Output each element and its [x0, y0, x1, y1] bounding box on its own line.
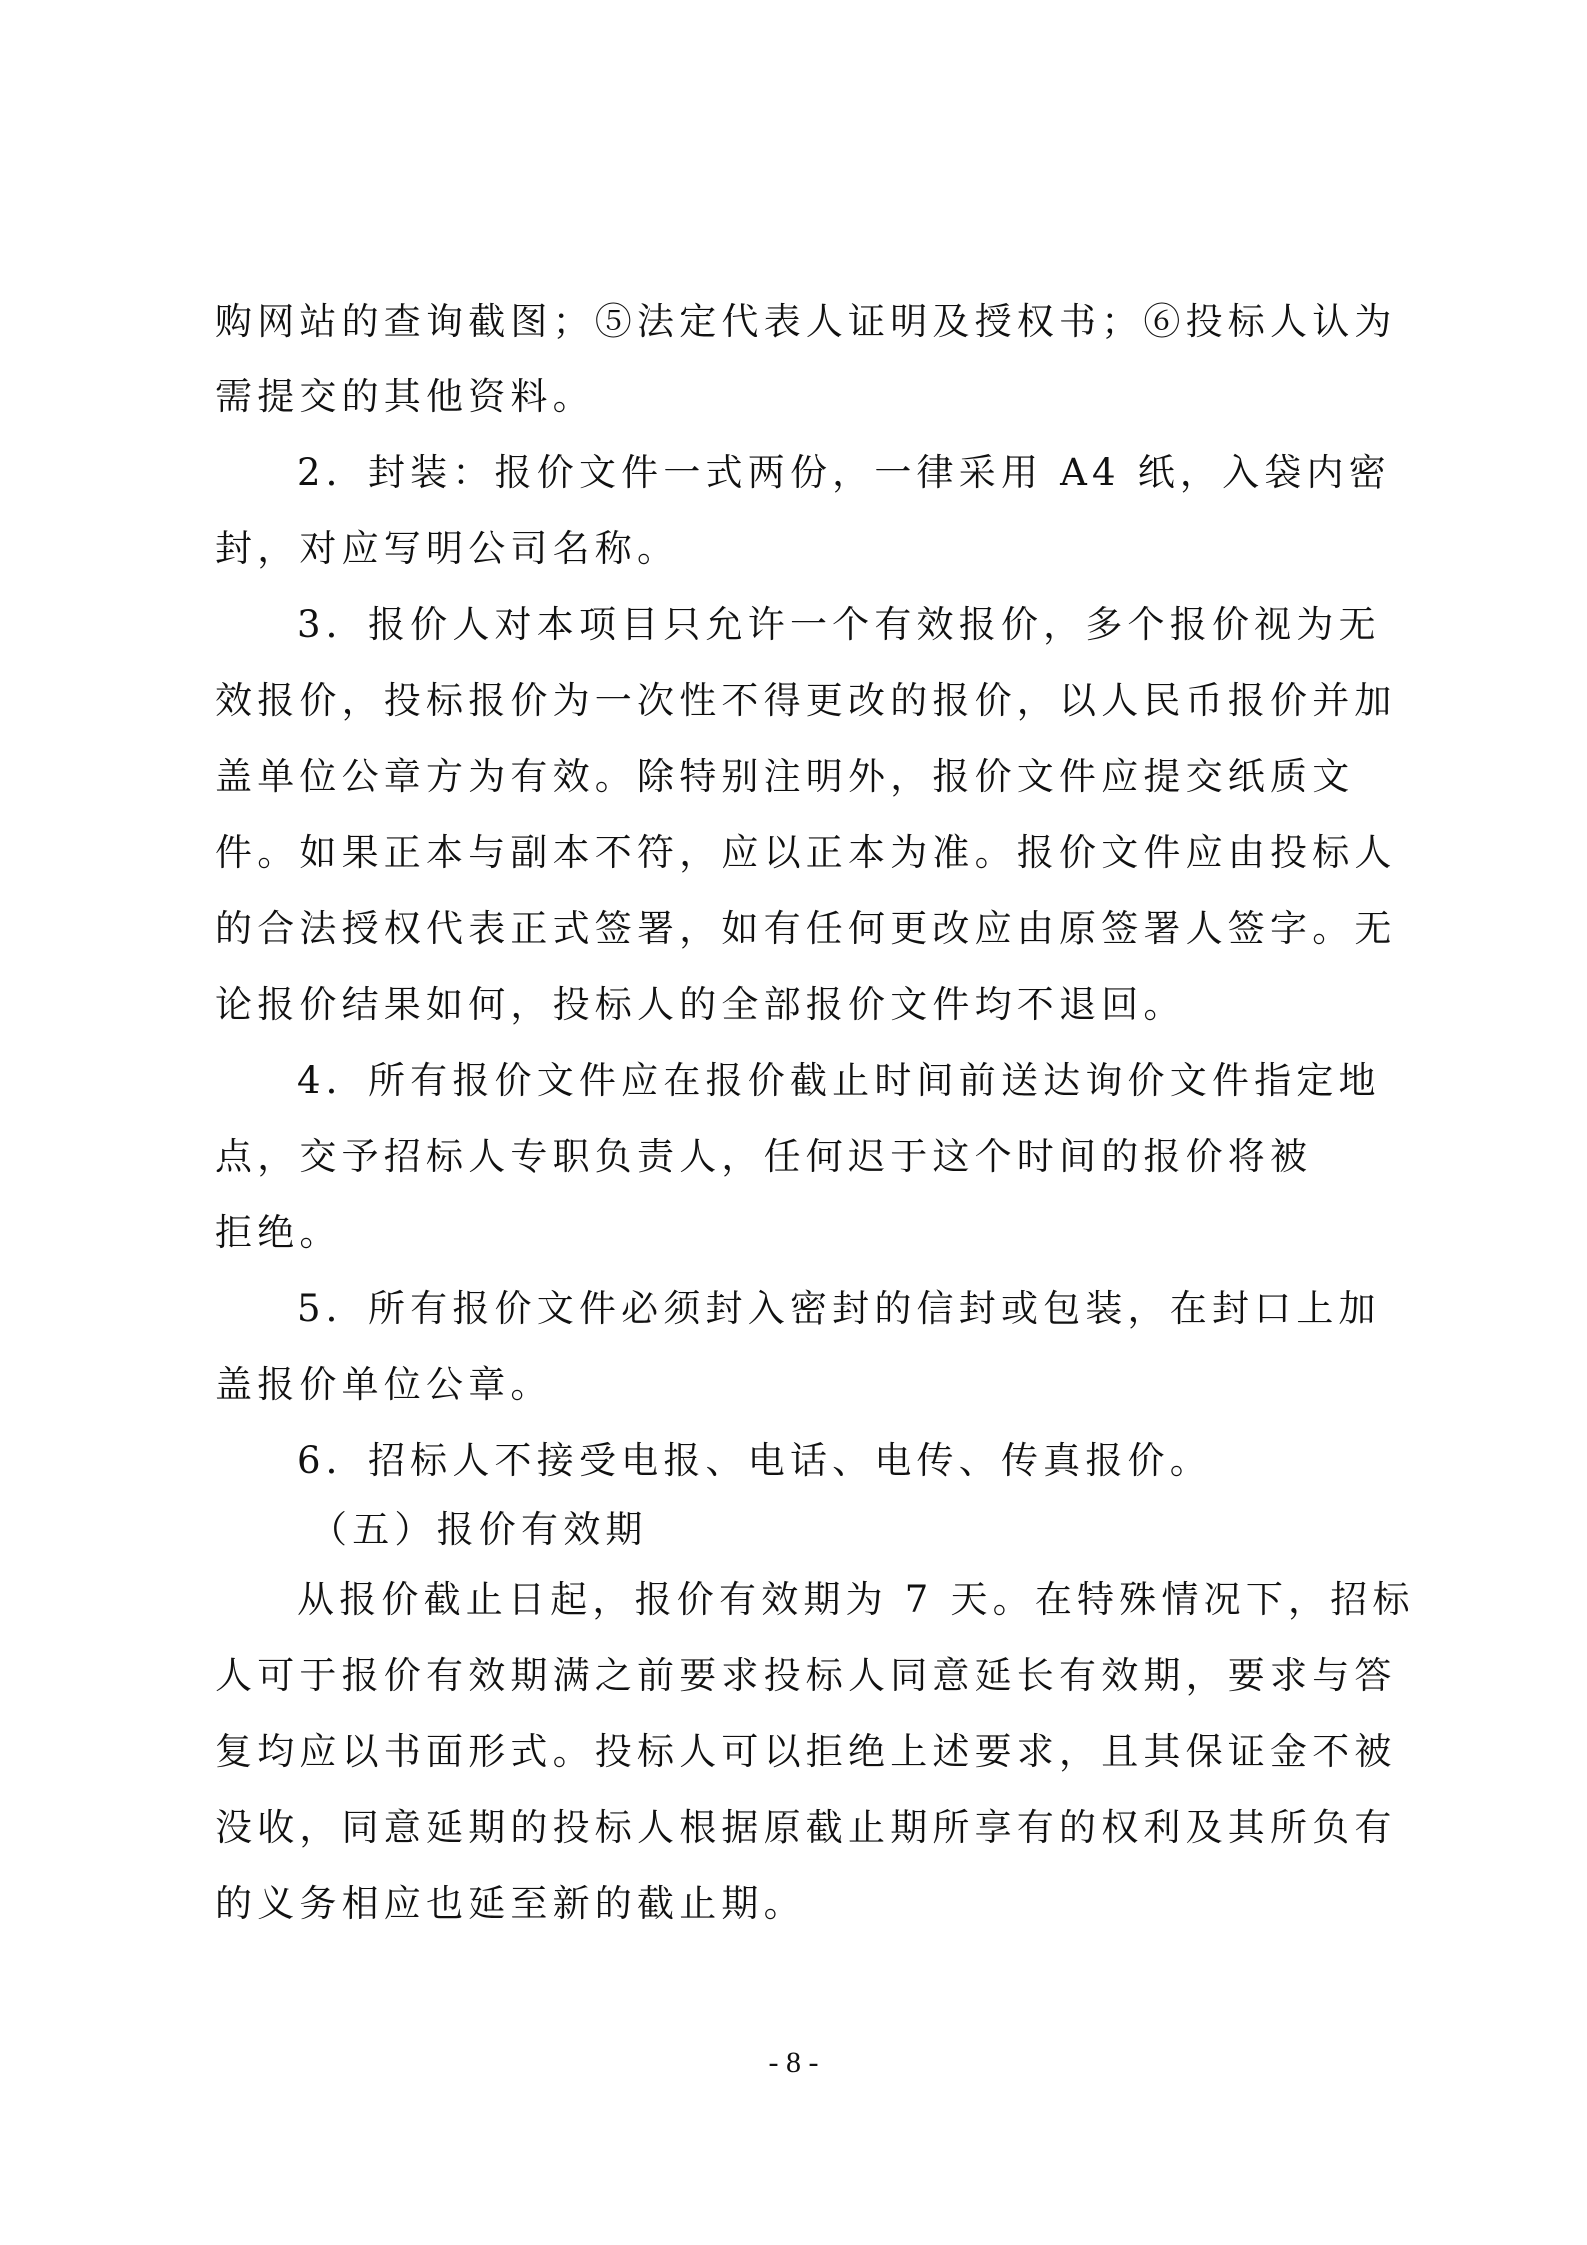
section-heading: （五）报价有效期 [310, 1510, 1470, 1550]
text-line: 的义务相应也延至新的截止期。 [215, 1884, 1375, 1924]
text-line: 的合法授权代表正式签署，如有任何更改应由原签署人签字。无 [215, 909, 1375, 949]
text-line: 4．所有报价文件应在报价截止时间前送达询价文件指定地 [297, 1061, 1375, 1101]
text-line: 购网站的查询截图；⑤法定代表人证明及授权书；⑥投标人认为 [215, 302, 1375, 342]
document-page: 购网站的查询截图；⑤法定代表人证明及授权书；⑥投标人认为 需提交的其他资料。 2… [0, 0, 1587, 2245]
text-line: 6．招标人不接受电报、电话、电传、传真报价。 [297, 1441, 1375, 1481]
text-line: 论报价结果如何，投标人的全部报价文件均不退回。 [215, 985, 1375, 1025]
text-line: 5．所有报价文件必须封入密封的信封或包装，在封口上加 [297, 1289, 1375, 1329]
text-line: 点，交予招标人专职负责人，任何迟于这个时间的报价将被 [215, 1137, 1375, 1177]
text-line: 盖报价单位公章。 [215, 1365, 1375, 1405]
page-number: - 8 - [0, 2046, 1587, 2080]
text-line: 没收，同意延期的投标人根据原截止期所享有的权利及其所负有 [215, 1808, 1375, 1848]
text-line: 2．封装：报价文件一式两份，一律采用 A4 纸，入袋内密 [297, 453, 1375, 493]
text-line: 人可于报价有效期满之前要求投标人同意延长有效期，要求与答 [215, 1656, 1375, 1696]
text-line: 盖单位公章方为有效。除特别注明外，报价文件应提交纸质文 [215, 757, 1375, 797]
text-line: 3．报价人对本项目只允许一个有效报价，多个报价视为无 [297, 605, 1375, 645]
text-line: 效报价，投标报价为一次性不得更改的报价，以人民币报价并加 [215, 681, 1375, 721]
text-line: 需提交的其他资料。 [215, 377, 1375, 417]
text-line: 复均应以书面形式。投标人可以拒绝上述要求，且其保证金不被 [215, 1732, 1375, 1772]
text-line: 件。如果正本与副本不符，应以正本为准。报价文件应由投标人 [215, 833, 1375, 873]
text-line: 从报价截止日起，报价有效期为 7 天。在特殊情况下，招标 [297, 1580, 1375, 1620]
text-line: 拒绝。 [215, 1213, 1375, 1253]
text-line: 封，对应写明公司名称。 [215, 529, 1375, 569]
